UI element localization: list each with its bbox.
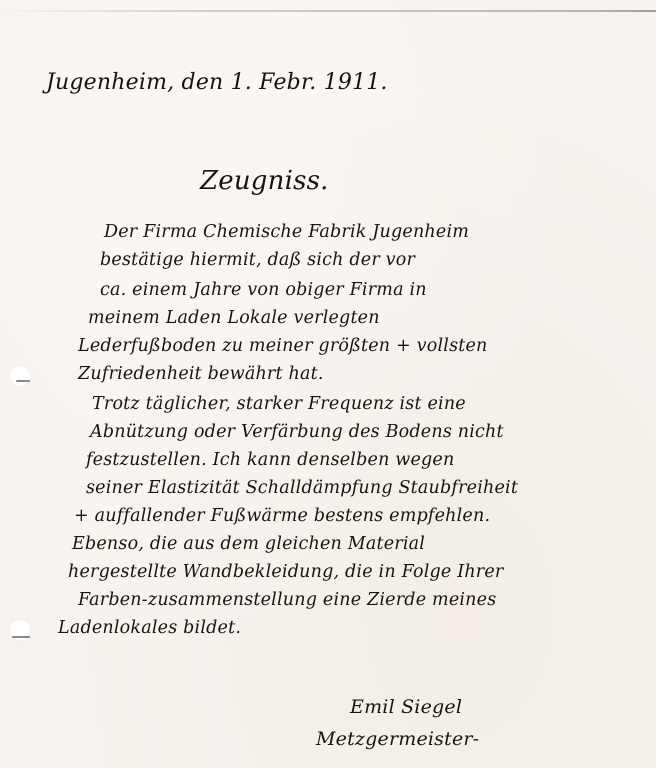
body-line: festzustellen. Ich kann denselben wegen — [86, 450, 454, 470]
body-line: hergestellte Wandbekleidung, die in Folg… — [68, 562, 503, 582]
body-line: Ladenlokales bildet. — [58, 618, 241, 638]
paper-top-edge — [0, 10, 656, 12]
scan-margin — [656, 0, 666, 768]
body-line: Abnützung oder Verfärbung des Bodens nic… — [90, 422, 504, 442]
body-line: Zufriedenheit bewährt hat. — [78, 364, 324, 384]
body-line: Der Firma Chemische Fabrik Jugenheim — [104, 222, 469, 242]
body-line: Lederfußboden zu meiner größten + vollst… — [78, 336, 488, 356]
body-line: Ebenso, die aus dem gleichen Material — [72, 534, 425, 554]
body-line: ca. einem Jahre von obiger Firma in — [100, 280, 427, 300]
body-line: seiner Elastizität Schalldämpfung Staubf… — [86, 478, 518, 498]
body-line: + auffallender Fußwärme bestens empfehle… — [74, 506, 490, 526]
letter-paper: Jugenheim, den 1. Febr. 1911. Zeugniss. … — [0, 0, 657, 768]
punch-hole-upper — [10, 366, 30, 386]
signature-title: Metzgermeister- — [316, 728, 479, 750]
punch-hole-upper-shadow — [16, 380, 30, 382]
place-date-line: Jugenheim, den 1. Febr. 1911. — [46, 70, 388, 95]
document-title: Zeugniss. — [200, 166, 329, 196]
body-line: bestätige hiermit, daß sich der vor — [100, 250, 415, 270]
signature-name: Emil Siegel — [350, 696, 462, 718]
body-line: meinem Laden Lokale verlegten — [88, 308, 380, 328]
body-line: Farben-zusammenstellung eine Zierde mein… — [78, 590, 496, 610]
body-line: Trotz täglicher, starker Frequenz ist ei… — [92, 394, 466, 414]
punch-hole-lower-shadow — [12, 636, 30, 638]
